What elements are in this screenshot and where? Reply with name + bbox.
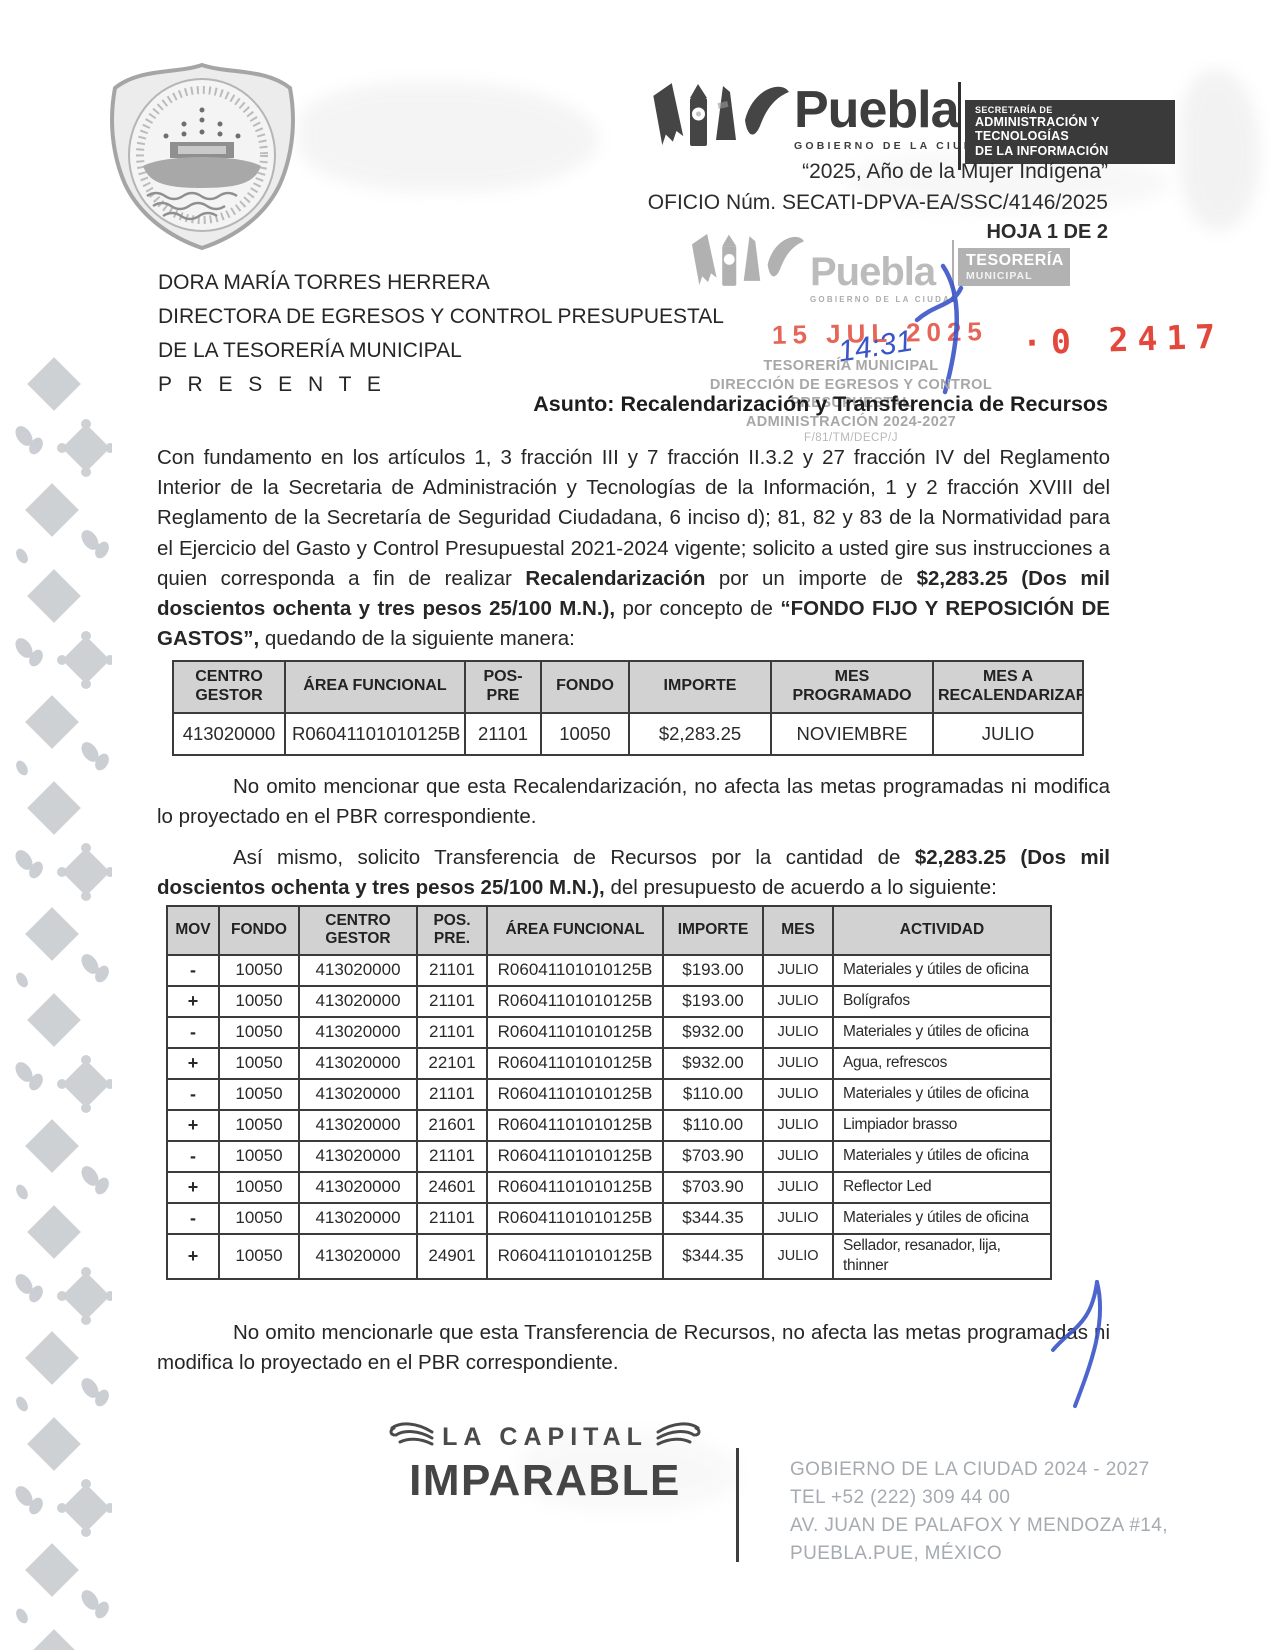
text-segment: Así mismo, solicito Transferencia de Rec… <box>233 846 915 869</box>
table-cell: 413020000 <box>299 955 417 986</box>
secretariat-line: SECRETARÍA DE <box>975 105 1165 115</box>
secretariat-box: SECRETARÍA DE ADMINISTRACIÓN Y TECNOLOGÍ… <box>965 100 1175 164</box>
table-cell: + <box>167 1110 219 1141</box>
folio-number-stamp: ·0 2417 <box>1021 316 1224 362</box>
table-cell: $193.00 <box>663 986 763 1017</box>
table-cell: 10050 <box>219 1203 299 1234</box>
footer-contact-line: TEL +52 (222) 309 44 00 <box>790 1484 1168 1512</box>
table-cell: JULIO <box>763 1203 833 1234</box>
table-cell: 413020000 <box>299 1234 417 1280</box>
city-slogan-logo: LA CAPITAL IMPARABLE <box>388 1420 702 1506</box>
stamp-papel-picado-icons <box>688 228 806 304</box>
table-cell: 413020000 <box>173 713 285 755</box>
pen-mark <box>1035 1276 1125 1411</box>
table-cell: - <box>167 1079 219 1110</box>
text-segment: por un importe de <box>705 567 916 590</box>
table-cell: + <box>167 1172 219 1203</box>
slogan-bottom-text: IMPARABLE <box>388 1456 702 1506</box>
table-cell: 22101 <box>417 1048 487 1079</box>
column-header: POS- PRE <box>465 661 541 713</box>
stamp-form-code: F/81/TM/DECP/J <box>678 432 1024 444</box>
recipient-line: DE LA TESORERÍA MUNICIPAL <box>158 334 724 368</box>
table-cell: R06041101010125B <box>487 1017 663 1048</box>
paragraph-transferencia-request: Así mismo, solicito Transferencia de Rec… <box>157 843 1110 903</box>
table-row: -1005041302000021101R06041101010125B$344… <box>167 1203 1051 1234</box>
footer-contact-line: GOBIERNO DE LA CIUDAD 2024 - 2027 <box>790 1456 1168 1484</box>
column-header: FONDO <box>541 661 629 713</box>
table-cell: R06041101010125B <box>487 1048 663 1079</box>
table-cell: JULIO <box>933 713 1083 755</box>
table-cell: R06041101010125B <box>487 955 663 986</box>
recalendarizacion-table: CENTRO GESTORÁREA FUNCIONALPOS- PREFONDO… <box>172 660 1084 756</box>
column-header: MES PROGRAMADO <box>771 661 933 713</box>
text-segment: por concepto de <box>615 597 780 620</box>
table-cell: 21101 <box>465 713 541 755</box>
column-header: ÁREA FUNCIONAL <box>285 661 465 713</box>
table-cell: JULIO <box>763 1172 833 1203</box>
year-motto: “2025, Año de la Mujer Indígena” <box>802 160 1108 184</box>
table-cell: 413020000 <box>299 1203 417 1234</box>
table-header-row: MOVFONDOCENTRO GESTORPOS. PRE.ÁREA FUNCI… <box>167 906 1051 955</box>
secretariat-line: ADMINISTRACIÓN Y TECNOLOGÍAS <box>975 115 1165 144</box>
recipient-line: DIRECTORA DE EGRESOS Y CONTROL PRESUPUES… <box>158 300 724 334</box>
document-page: Puebla GOBIERNO DE LA CIUDAD SECRETARÍA … <box>0 0 1270 1650</box>
table-cell: 24901 <box>417 1234 487 1280</box>
table-cell: 10050 <box>219 1017 299 1048</box>
table-row: +1005041302000021601R06041101010125B$110… <box>167 1110 1051 1141</box>
table-cell: 10050 <box>219 986 299 1017</box>
stamp-department-line: TESORERÍA MUNICIPAL <box>678 357 1024 376</box>
column-header: MOV <box>167 906 219 955</box>
table-cell: JULIO <box>763 1017 833 1048</box>
table-row: +1005041302000024601R06041101010125B$703… <box>167 1172 1051 1203</box>
footer-contact-line: PUEBLA.PUE, MÉXICO <box>790 1540 1168 1568</box>
table-cell: 21101 <box>417 1203 487 1234</box>
column-header: IMPORTE <box>663 906 763 955</box>
table-cell: $110.00 <box>663 1110 763 1141</box>
table-cell: + <box>167 1234 219 1280</box>
table-cell: NOVIEMBRE <box>771 713 933 755</box>
table-cell: Materiales y útiles de oficina <box>833 1141 1051 1172</box>
secretariat-line: DE LA INFORMACIÓN <box>975 144 1165 158</box>
paragraph-transferencia-note: No omito mencionarle que esta Transferen… <box>157 1318 1110 1378</box>
footer-contact-line: AV. JUAN DE PALAFOX Y MENDOZA #14, <box>790 1512 1168 1540</box>
table-row: -1005041302000021101R06041101010125B$110… <box>167 1079 1051 1110</box>
table-cell: JULIO <box>763 1141 833 1172</box>
table-cell: R06041101010125B <box>487 1172 663 1203</box>
column-header: ACTIVIDAD <box>833 906 1051 955</box>
table-row: +1005041302000024901R06041101010125B$344… <box>167 1234 1051 1280</box>
table-cell: $2,283.25 <box>629 713 771 755</box>
table-cell: 10050 <box>219 1079 299 1110</box>
table-cell: JULIO <box>763 1110 833 1141</box>
table-cell: JULIO <box>763 986 833 1017</box>
text-segment: Recalendarización <box>525 567 705 590</box>
table-cell: 21101 <box>417 986 487 1017</box>
table-cell: - <box>167 1203 219 1234</box>
text-segment: del presupuesto de acuerdo a lo siguient… <box>605 876 997 899</box>
table-cell: 413020000 <box>299 1172 417 1203</box>
table-cell: 413020000 <box>299 1141 417 1172</box>
subject-line: Asunto: Recalendarización y Transferenci… <box>533 392 1108 417</box>
table-cell: 10050 <box>219 1234 299 1280</box>
table-cell: 413020000 <box>299 986 417 1017</box>
table-row: 413020000R06041101010125B2110110050$2,28… <box>173 713 1083 755</box>
table-cell: $932.00 <box>663 1017 763 1048</box>
recipient-line: DORA MARÍA TORRES HERRERA <box>158 266 724 300</box>
table-cell: R06041101010125B <box>487 1234 663 1280</box>
brand-divider <box>958 82 961 170</box>
wing-right-icon <box>656 1420 702 1454</box>
table-cell: JULIO <box>763 1234 833 1280</box>
table-cell: 10050 <box>219 1172 299 1203</box>
recipient-block: DORA MARÍA TORRES HERRERADIRECTORA DE EG… <box>158 266 724 402</box>
slogan-top-text: LA CAPITAL <box>442 1423 648 1452</box>
table-row: -1005041302000021101R06041101010125B$932… <box>167 1017 1051 1048</box>
column-header: POS. PRE. <box>417 906 487 955</box>
table-cell: 413020000 <box>299 1079 417 1110</box>
table-cell: $344.35 <box>663 1203 763 1234</box>
column-header: CENTRO GESTOR <box>299 906 417 955</box>
table-cell: Limpiador brasso <box>833 1110 1051 1141</box>
table-cell: 10050 <box>541 713 629 755</box>
table-cell: JULIO <box>763 955 833 986</box>
table-cell: $703.90 <box>663 1172 763 1203</box>
column-header: CENTRO GESTOR <box>173 661 285 713</box>
table-cell: + <box>167 986 219 1017</box>
transferencia-table: MOVFONDOCENTRO GESTORPOS. PRE.ÁREA FUNCI… <box>166 905 1052 1280</box>
table-cell: $193.00 <box>663 955 763 986</box>
column-header: IMPORTE <box>629 661 771 713</box>
column-header: MES <box>763 906 833 955</box>
text-segment: quedando de la siguiente manera: <box>259 627 575 650</box>
table-cell: 413020000 <box>299 1110 417 1141</box>
table-cell: 21101 <box>417 1079 487 1110</box>
wing-left-icon <box>388 1420 434 1454</box>
table-cell: Materiales y útiles de oficina <box>833 955 1051 986</box>
table-row: +1005041302000021101R06041101010125B$193… <box>167 986 1051 1017</box>
scan-artifact <box>1180 70 1260 230</box>
table-cell: 21101 <box>417 1017 487 1048</box>
table-cell: 21101 <box>417 1141 487 1172</box>
table-cell: R06041101010125B <box>487 1203 663 1234</box>
table-cell: Reflector Led <box>833 1172 1051 1203</box>
table-cell: - <box>167 955 219 986</box>
table-cell: Sellador, resanador, lija, thinner <box>833 1234 1051 1280</box>
scan-artifact <box>298 82 598 192</box>
table-cell: - <box>167 1141 219 1172</box>
table-row: -1005041302000021101R06041101010125B$193… <box>167 955 1051 986</box>
table-cell: R06041101010125B <box>487 1141 663 1172</box>
table-cell: Bolígrafos <box>833 986 1051 1017</box>
table-cell: JULIO <box>763 1048 833 1079</box>
table-header-row: CENTRO GESTORÁREA FUNCIONALPOS- PREFONDO… <box>173 661 1083 713</box>
footer-contact-block: GOBIERNO DE LA CIUDAD 2024 - 2027TEL +52… <box>790 1456 1168 1568</box>
column-header: ÁREA FUNCIONAL <box>487 906 663 955</box>
table-cell: Materiales y útiles de oficina <box>833 1079 1051 1110</box>
table-cell: Materiales y útiles de oficina <box>833 1203 1051 1234</box>
paragraph-legal-basis: Con fundamento en los artículos 1, 3 fra… <box>157 443 1110 654</box>
table-cell: 10050 <box>219 955 299 986</box>
table-cell: $932.00 <box>663 1048 763 1079</box>
papel-picado-icons <box>650 76 790 168</box>
page-number-label: HOJA 1 DE 2 <box>986 221 1108 244</box>
table-cell: 10050 <box>219 1048 299 1079</box>
table-cell: $110.00 <box>663 1079 763 1110</box>
table-cell: 10050 <box>219 1110 299 1141</box>
table-row: +1005041302000022101R06041101010125B$932… <box>167 1048 1051 1079</box>
table-cell: R06041101010125B <box>487 1110 663 1141</box>
table-cell: 24601 <box>417 1172 487 1203</box>
oficio-number: OFICIO Núm. SECATI-DPVA-EA/SSC/4146/2025 <box>648 191 1108 215</box>
table-cell: 21601 <box>417 1110 487 1141</box>
table-cell: Materiales y útiles de oficina <box>833 1017 1051 1048</box>
column-header: MES A RECALENDARIZAR <box>933 661 1083 713</box>
table-cell: - <box>167 1017 219 1048</box>
table-cell: 413020000 <box>299 1048 417 1079</box>
table-cell: Agua, refrescos <box>833 1048 1051 1079</box>
table-cell: + <box>167 1048 219 1079</box>
table-cell: $703.90 <box>663 1141 763 1172</box>
footer-divider <box>736 1448 739 1562</box>
table-cell: 10050 <box>219 1141 299 1172</box>
table-cell: R06041101010125B <box>487 986 663 1017</box>
paragraph-recalendarizacion-note: No omito mencionar que esta Recalendariz… <box>157 772 1110 832</box>
table-cell: 413020000 <box>299 1017 417 1048</box>
talavera-border-pattern <box>8 352 118 1650</box>
table-cell: R06041101010125B <box>487 1079 663 1110</box>
table-cell: $344.35 <box>663 1234 763 1280</box>
table-row: -1005041302000021101R06041101010125B$703… <box>167 1141 1051 1172</box>
table-cell: R06041101010125B <box>285 713 465 755</box>
puebla-coat-of-arms <box>95 58 310 253</box>
column-header: FONDO <box>219 906 299 955</box>
table-cell: JULIO <box>763 1079 833 1110</box>
table-cell: 21101 <box>417 955 487 986</box>
